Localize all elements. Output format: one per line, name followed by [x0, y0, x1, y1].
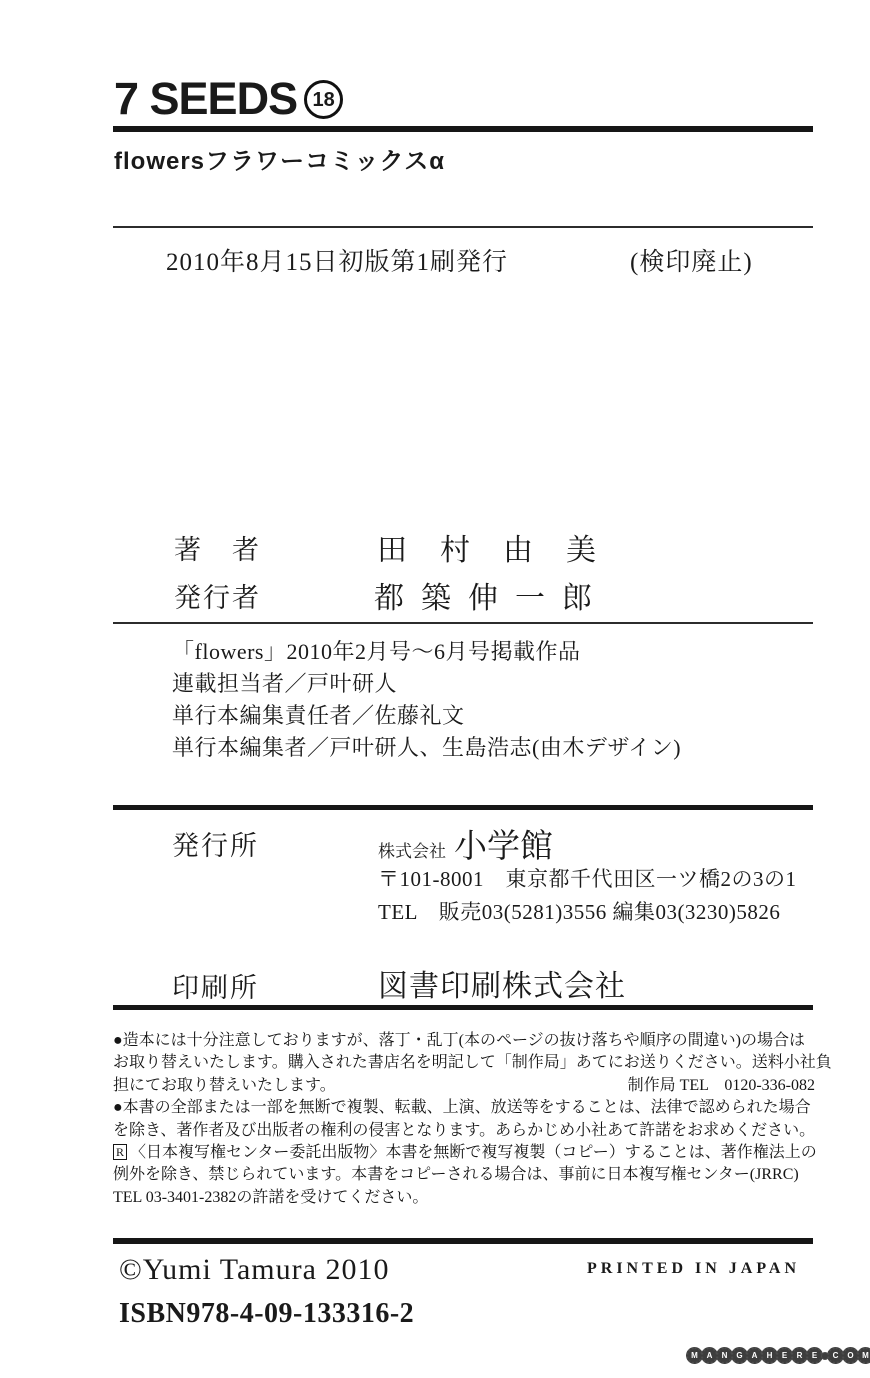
printed-in-japan: PRINTED IN JAPAN	[587, 1260, 800, 1278]
site-watermark: M A N G A H E R E . C O M	[686, 1347, 870, 1364]
legal-line: お取り替えいたします。購入された書店名を明記して「制作局」あてにお送りください。…	[113, 1052, 815, 1074]
legal-line: ●造本には十分注意しておりますが、落丁・乱丁(本のページの抜け落ちや順序の間違い…	[113, 1030, 815, 1052]
tankobon-chief-editor: 単行本編集責任者／佐藤礼文	[172, 700, 681, 732]
edition-date: 2010年8月15日初版第1刷発行	[166, 242, 508, 278]
legal-notice-block: ●造本には十分注意しておりますが、落丁・乱丁(本のページの抜け落ちや順序の間違い…	[113, 1030, 815, 1209]
isbn-number: ISBN978-4-09-133316-2	[119, 1298, 414, 1330]
serialization-block: 「flowers」2010年2月号～6月号掲載作品 連載担当者／戸叶研人 単行本…	[172, 636, 681, 764]
serialization-source: 「flowers」2010年2月号～6月号掲載作品	[172, 636, 681, 668]
publisher-section-label: 発行所	[172, 824, 259, 863]
company-prefix: 株式会社	[378, 842, 446, 861]
book-title-text: 7 SEEDS	[114, 76, 297, 121]
credits-rule-bottom	[113, 622, 813, 624]
volume-number-circle: 18	[304, 80, 343, 119]
legal-line: TEL 03-3401-2382の許諾を受けてください。	[113, 1187, 815, 1209]
edition-note: (検印廃止)	[630, 242, 753, 278]
watermark-letter: M	[857, 1347, 870, 1364]
legal-line: を除き、著作者及び出版者の権利の侵害となります。あらかじめ小社あて許諾をお求めく…	[113, 1120, 815, 1142]
book-title: 7 SEEDS 18	[114, 76, 343, 121]
legal-line: ●本書の全部または一部を無断で複製、転載、上演、放送等をすることは、法律で認めら…	[113, 1097, 815, 1119]
legal-line-text: 〈日本複写権センター委託出版物〉本書を無断で複写複製（コピー）することは、著作権…	[130, 1144, 817, 1161]
author-name: 田村由美	[377, 525, 629, 569]
legal-line: 例外を除き、禁じられています。本書をコピーされる場合は、事前に日本複写権センター…	[113, 1164, 815, 1186]
publisher-person-label: 発行者	[174, 576, 261, 615]
printer-section-label: 印刷所	[172, 966, 259, 1005]
imprint-line: flowersフラワーコミックスα	[114, 141, 445, 176]
printer-name: 図書印刷株式会社	[378, 961, 626, 1005]
tankobon-editors: 単行本編集者／戸叶研人、生島浩志(由木デザイン)	[172, 732, 681, 764]
legal-line-with-phone: 担にてお取り替えいたします。 制作局 TEL 0120-336-082	[113, 1075, 815, 1097]
registered-r-mark: R	[113, 1144, 127, 1160]
author-label: 著 者	[174, 528, 261, 567]
publisher-rule-top	[113, 805, 813, 810]
copyright-line: ©Yumi Tamura 2010	[119, 1253, 389, 1287]
title-rule	[113, 126, 813, 132]
publisher-company-line: 株式会社小学館	[378, 820, 553, 867]
legal-line-left: 担にてお取り替えいたします。	[113, 1075, 336, 1097]
publisher-address: 〒101-8001 東京都千代田区一ツ橋2の3の1	[378, 863, 797, 893]
company-name: 小学館	[454, 829, 553, 865]
production-dept-phone: 制作局 TEL 0120-336-082	[628, 1075, 815, 1097]
printer-rule-bottom	[113, 1005, 813, 1010]
serialization-editor: 連載担当者／戸叶研人	[172, 668, 681, 700]
legal-line-jrrc: R〈日本複写権センター委託出版物〉本書を無断で複写複製（コピー）することは、著作…	[113, 1142, 815, 1164]
publisher-phone: TEL 販売03(5281)3556 編集03(3230)5826	[378, 896, 780, 926]
publisher-person-name: 都築伸一郎	[374, 573, 609, 617]
edition-rule-top	[113, 226, 813, 228]
footer-rule-top	[113, 1238, 813, 1244]
